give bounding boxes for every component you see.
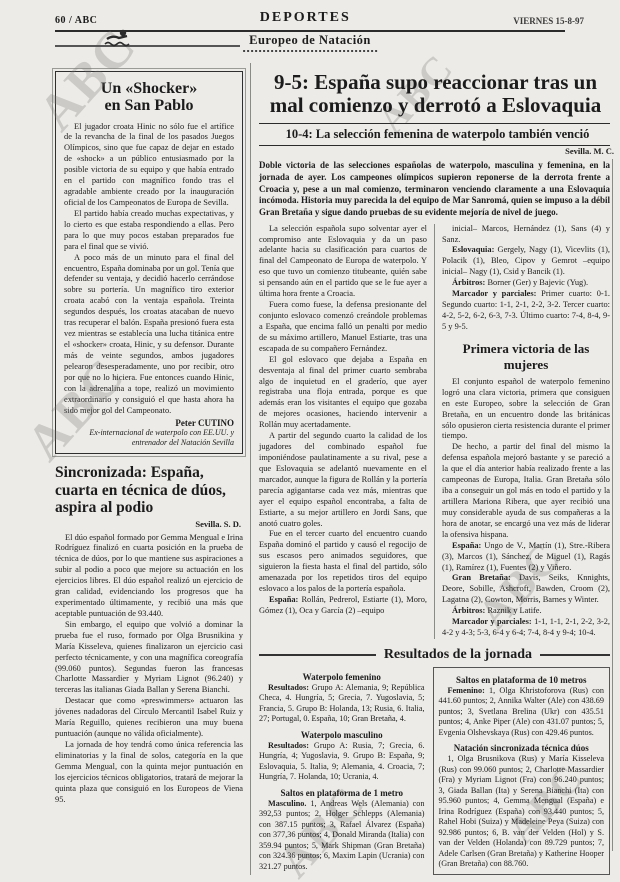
sincro-byline: Sevilla. S. D. <box>55 519 241 529</box>
results-rule-right <box>540 654 610 656</box>
newspaper-page: ABC ABC ABC ABC ABC ABC 60 / ABC DEPORTE… <box>0 0 620 882</box>
paragraph: El conjunto español de waterpolo femenin… <box>442 377 610 443</box>
paragraph: Gran Bretaña: Davis, Seiks, Knnights, De… <box>442 573 610 606</box>
sincro-body: El dúo español formado por Gemma Mengual… <box>55 533 243 806</box>
paragraph: De hecho, a partir del final del mismo l… <box>442 442 610 540</box>
main-subhead: 10-4: La selección femenina de waterpolo… <box>259 127 616 142</box>
results-block-body: Masculino. 1, Andreas Wels (Alemania) co… <box>259 799 425 873</box>
results-block-body: Femenino: 1, Olga Khristoforova (Rus) co… <box>439 686 605 739</box>
page-number: 60 / ABC <box>55 15 97 26</box>
results-columns: Waterpolo femenino Resultados: Grupo A: … <box>259 667 610 875</box>
paragraph: Sin embargo, el equipo que volvió a domi… <box>55 620 243 696</box>
paragraph: Eslovaquia: Gergely, Nagy (1), Vicevlits… <box>442 245 610 278</box>
paragraph: Fue en el tercer cuarto del encuentro cu… <box>259 529 427 595</box>
paragraph: La selección española supo solventar aye… <box>259 224 427 300</box>
match-sheet: inicial– Marcos, Hernández (1), Sans (4)… <box>442 224 610 333</box>
article-col-2: inicial– Marcos, Hernández (1), Sans (4)… <box>434 224 610 639</box>
paragraph: Destacar que como «preswimmers» actuaron… <box>55 696 243 740</box>
kicker-row: Europeo de Natación <box>55 33 565 59</box>
results-section: Resultados de la jornada Waterpolo femen… <box>259 647 610 875</box>
article-columns: La selección española supo solventar aye… <box>259 224 610 639</box>
main-headline: 9-5: España supo reaccionar tras un mal … <box>259 71 612 117</box>
paragraph: España: Rollán, Pedrerol, Estiarte (1), … <box>259 595 427 617</box>
author-signature: Peter CUTINO <box>64 418 234 428</box>
shocker-body: El jugador croata Hinic no sólo fue el a… <box>64 122 234 417</box>
results-col-left: Waterpolo femenino Resultados: Grupo A: … <box>259 667 425 875</box>
results-block: Waterpolo masculino Resultados: Grupo A:… <box>259 730 425 783</box>
swimmer-icon <box>103 27 133 54</box>
paragraph: Marcador y parciales: 1-1, 1-1, 2-1, 2-2… <box>442 617 610 639</box>
paragraph: A partir del segundo cuarto la calidad d… <box>259 431 427 529</box>
results-block-title: Waterpolo femenino <box>259 672 425 682</box>
paragraph: El partido había creado muchas expectati… <box>64 209 234 253</box>
results-titlebar: Resultados de la jornada <box>259 647 610 663</box>
results-block: Saltos en plataforma de 10 metros Femeni… <box>439 675 605 739</box>
results-block-body: 1, Olga Brusnikova (Rus) y María Kissele… <box>439 754 605 870</box>
sincro-article: Sincronizada: España, cuarta en técnica … <box>55 464 243 805</box>
sincro-headline: Sincronizada: España, cuarta en técnica … <box>55 464 243 516</box>
edition-date: VIERNES 15-8-97 <box>513 16 584 26</box>
masthead: 60 / ABC DEPORTES VIERNES 15-8-97 <box>0 0 620 28</box>
left-column: Un «Shocker» en San Pablo El jugador cro… <box>55 63 250 875</box>
section-title: DEPORTES <box>260 10 351 26</box>
results-block: Waterpolo femenino Resultados: Grupo A: … <box>259 672 425 725</box>
paragraph: España: Ungo de V., Martín (1), Stre.-Ri… <box>442 541 610 574</box>
main-column: 9-5: España supo reaccionar tras un mal … <box>251 63 616 875</box>
paragraph: El jugador croata Hinic no sólo fue el a… <box>64 122 234 209</box>
paragraph: Fuera como fuese, la defensa presionante… <box>259 300 427 355</box>
paragraph: Árbitros: Borner (Ger) y Bajevic (Yug). <box>442 278 610 289</box>
kicker-rule <box>55 45 240 47</box>
results-rule-left <box>259 654 376 656</box>
page-edge-rule <box>612 159 613 851</box>
results-block-title: Saltos en plataforma de 1 metro <box>259 788 425 798</box>
paragraph: Árbitros: Raznik y Latife. <box>442 606 610 617</box>
paragraph: La jornada de hoy tendrá como única refe… <box>55 740 243 806</box>
results-col-right: Saltos en plataforma de 10 metros Femeni… <box>433 667 611 875</box>
lead-paragraph: Doble victoria de las selecciones españo… <box>259 160 610 218</box>
kicker: Europeo de Natación <box>243 33 377 52</box>
women-section-body: El conjunto español de waterpolo femenin… <box>442 377 610 639</box>
paragraph: El gol eslovaco que dejaba a España en d… <box>259 355 427 431</box>
results-block: Natación sincronizada técnica dúos 1, Ol… <box>439 743 605 870</box>
paragraph: A poco más de un minuto para el final de… <box>64 253 234 417</box>
article-col-1: La selección española supo solventar aye… <box>259 224 427 639</box>
results-block: Saltos en plataforma de 1 metro Masculin… <box>259 788 425 873</box>
shocker-box: Un «Shocker» en San Pablo El jugador cro… <box>55 71 243 454</box>
results-block-body: Resultados: Grupo A: Rusia, 7; Grecia, 6… <box>259 741 425 783</box>
main-byline: Sevilla. M. C. <box>259 146 614 156</box>
author-note: Ex-internacional de waterpolo con EE.UU.… <box>64 428 234 448</box>
results-block-title: Waterpolo masculino <box>259 730 425 740</box>
results-block-title: Natación sincronizada técnica dúos <box>439 743 605 753</box>
results-block-title: Saltos en plataforma de 10 metros <box>439 675 605 685</box>
paragraph: inicial– Marcos, Hernández (1), Sans (4)… <box>442 224 610 246</box>
paragraph: Marcador y parciales: Primer cuarto: 0-1… <box>442 289 610 333</box>
results-block-body: Resultados: Grupo A: Alemania, 9; Repúbl… <box>259 683 425 725</box>
subhead-rule-top <box>259 123 610 124</box>
women-section-heading: Primera victoria de las mujeres <box>442 341 610 373</box>
page-content: Un «Shocker» en San Pablo El jugador cro… <box>0 59 620 875</box>
shocker-title: Un «Shocker» en San Pablo <box>64 80 234 115</box>
paragraph: El dúo español formado por Gemma Mengual… <box>55 533 243 620</box>
results-title: Resultados de la jornada <box>384 647 532 663</box>
